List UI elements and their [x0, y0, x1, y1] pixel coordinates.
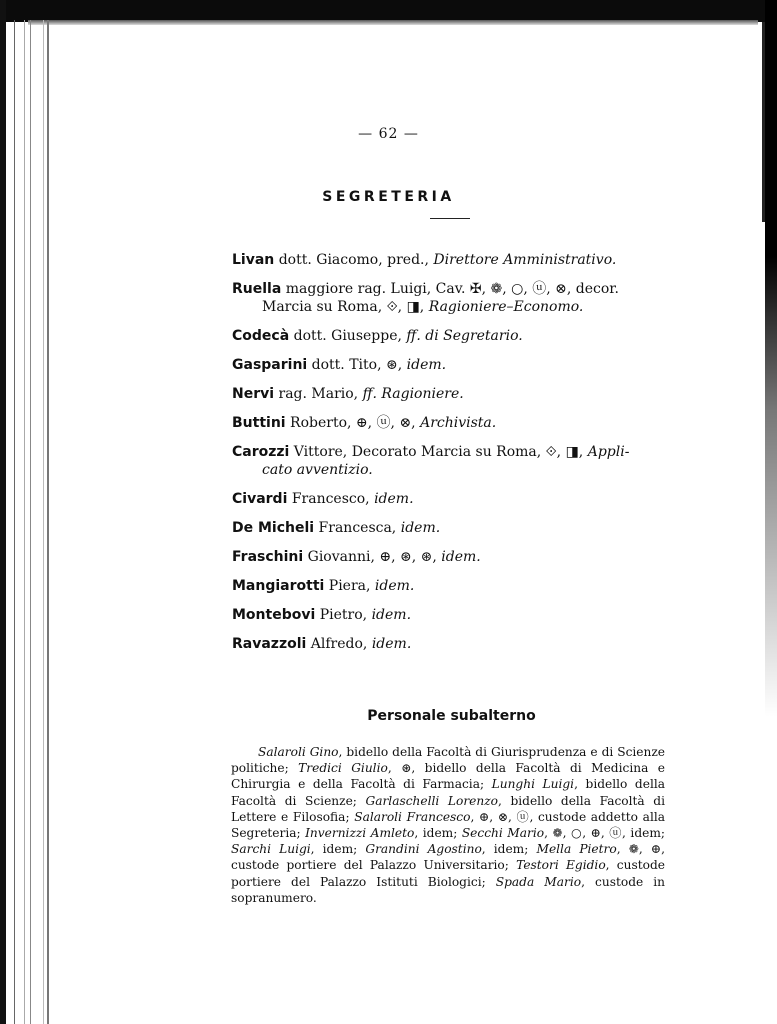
staff-role: idem.	[374, 491, 413, 507]
staff-role-cont: cato avventizio.	[262, 462, 373, 478]
staff-details: Alfredo,	[306, 636, 372, 652]
subsection-paragraph: Salaroli Gino, bidello della Facoltà di …	[231, 744, 665, 906]
person-name: Sarchi Luigi	[231, 842, 311, 856]
scan-border-left	[0, 0, 6, 1024]
staff-role: idem.	[372, 636, 411, 652]
person-name: Grandini Agostino	[365, 842, 481, 856]
staff-surname: Carozzi	[232, 444, 289, 460]
staff-entry: Codecà dott. Giuseppe, ff. di Segretario…	[232, 327, 672, 345]
subsection-title-text: Personale subalterno	[367, 708, 535, 724]
staff-entry: Buttini Roberto, ⊕, ⓤ, ⊗, Archivista.	[232, 414, 672, 432]
staff-role: ff. Ragioniere.	[363, 386, 464, 402]
staff-details: maggiore rag. Luigi, Cav. ✠, ❁, ○, ⓤ, ⊗,…	[281, 281, 619, 297]
staff-surname: Buttini	[232, 415, 286, 431]
staff-surname: De Micheli	[232, 520, 314, 536]
staff-details: Piera,	[324, 578, 375, 594]
staff-role: Ragioniere–Economo.	[429, 299, 584, 315]
staff-continuation: Marcia su Roma, ⟐, ◨, Ragioniere–Economo…	[232, 298, 672, 316]
subsection-title: Personale subalterno	[0, 708, 777, 724]
page-number: — 62 —	[0, 126, 777, 142]
staff-surname: Livan	[232, 252, 274, 268]
staff-role: Archivista.	[420, 415, 496, 431]
scan-binding-line	[30, 20, 31, 1024]
staff-details: Francesco,	[287, 491, 374, 507]
staff-role: Appli-	[588, 444, 630, 460]
staff-surname: Mangiarotti	[232, 578, 324, 594]
staff-details: dott. Giuseppe,	[289, 328, 406, 344]
staff-surname: Ruella	[232, 281, 281, 297]
staff-entry: Mangiarotti Piera, idem.	[232, 577, 672, 595]
staff-entry: Carozzi Vittore, Decorato Marcia su Roma…	[232, 443, 672, 479]
staff-list: Livan dott. Giacomo, pred., Direttore Am…	[232, 251, 672, 664]
staff-role: idem.	[372, 607, 411, 623]
person-name: Secchi Mario	[462, 826, 544, 840]
person-name: Invernizzi Amleto	[305, 826, 414, 840]
person-name: Tredici Giulio	[298, 761, 388, 775]
staff-role: ff. di Segretario.	[406, 328, 522, 344]
staff-details: Francesca,	[314, 520, 401, 536]
staff-surname: Civardi	[232, 491, 287, 507]
staff-surname: Gasparini	[232, 357, 307, 373]
staff-surname: Nervi	[232, 386, 274, 402]
scan-border-top	[0, 0, 777, 22]
staff-role: idem.	[401, 520, 440, 536]
paragraph-text: , idem;	[311, 842, 366, 856]
person-name: Spada Mario	[496, 875, 581, 889]
scan-binding-line	[24, 20, 25, 1024]
paragraph-text: , idem;	[414, 826, 461, 840]
staff-details: rag. Mario,	[274, 386, 363, 402]
staff-entry: Ravazzoli Alfredo, idem.	[232, 635, 672, 653]
staff-continuation: cato avventizio.	[232, 461, 672, 479]
staff-details: Pietro,	[315, 607, 371, 623]
person-name: Salaroli Francesco	[354, 810, 470, 824]
staff-details: Giovanni, ⊕, ⊛, ⊛,	[303, 549, 441, 565]
person-name: Mella Pietro	[536, 842, 616, 856]
staff-entry: De Micheli Francesca, idem.	[232, 519, 672, 537]
staff-entry: Gasparini dott. Tito, ⊛, idem.	[232, 356, 672, 374]
staff-details-cont: Marcia su Roma, ⟐, ◨,	[262, 299, 429, 315]
staff-role: Direttore Amministrativo.	[433, 252, 616, 268]
paragraph-text: , idem;	[482, 842, 537, 856]
person-name: Testori Egidio	[516, 858, 606, 872]
staff-role: idem.	[441, 549, 480, 565]
person-name: Lunghi Luigi	[492, 777, 574, 791]
person-name: Garlaschelli Lorenzo	[365, 794, 498, 808]
scan-border-right	[765, 0, 777, 1024]
title-rule	[430, 218, 470, 219]
staff-surname: Fraschini	[232, 549, 303, 565]
staff-role: idem.	[407, 357, 446, 373]
staff-entry: Civardi Francesco, idem.	[232, 490, 672, 508]
staff-details: dott. Tito, ⊛,	[307, 357, 406, 373]
staff-entry: Montebovi Pietro, idem.	[232, 606, 672, 624]
staff-surname: Codecà	[232, 328, 289, 344]
staff-surname: Ravazzoli	[232, 636, 306, 652]
section-title: SEGRETERIA	[0, 189, 777, 205]
scan-binding-line	[47, 20, 49, 1024]
staff-role: idem.	[375, 578, 414, 594]
staff-entry: Nervi rag. Mario, ff. Ragioniere.	[232, 385, 672, 403]
scan-binding-line	[14, 20, 15, 1024]
staff-details: Roberto, ⊕, ⓤ, ⊗,	[286, 415, 420, 431]
staff-entry: Livan dott. Giacomo, pred., Direttore Am…	[232, 251, 672, 269]
scan-binding-line	[43, 20, 44, 1024]
staff-details: dott. Giacomo, pred.,	[274, 252, 433, 268]
staff-entry: Fraschini Giovanni, ⊕, ⊛, ⊛, idem.	[232, 548, 672, 566]
staff-details: Vittore, Decorato Marcia su Roma, ⟐, ◨,	[289, 444, 587, 460]
paragraph-text: , ❁, ○, ⊕, ⓤ, idem;	[544, 826, 665, 840]
staff-entry: Ruella maggiore rag. Luigi, Cav. ✠, ❁, ○…	[232, 280, 672, 316]
staff-surname: Montebovi	[232, 607, 315, 623]
person-name: Salaroli Gino	[258, 745, 339, 759]
scan-page-edge	[28, 20, 758, 25]
